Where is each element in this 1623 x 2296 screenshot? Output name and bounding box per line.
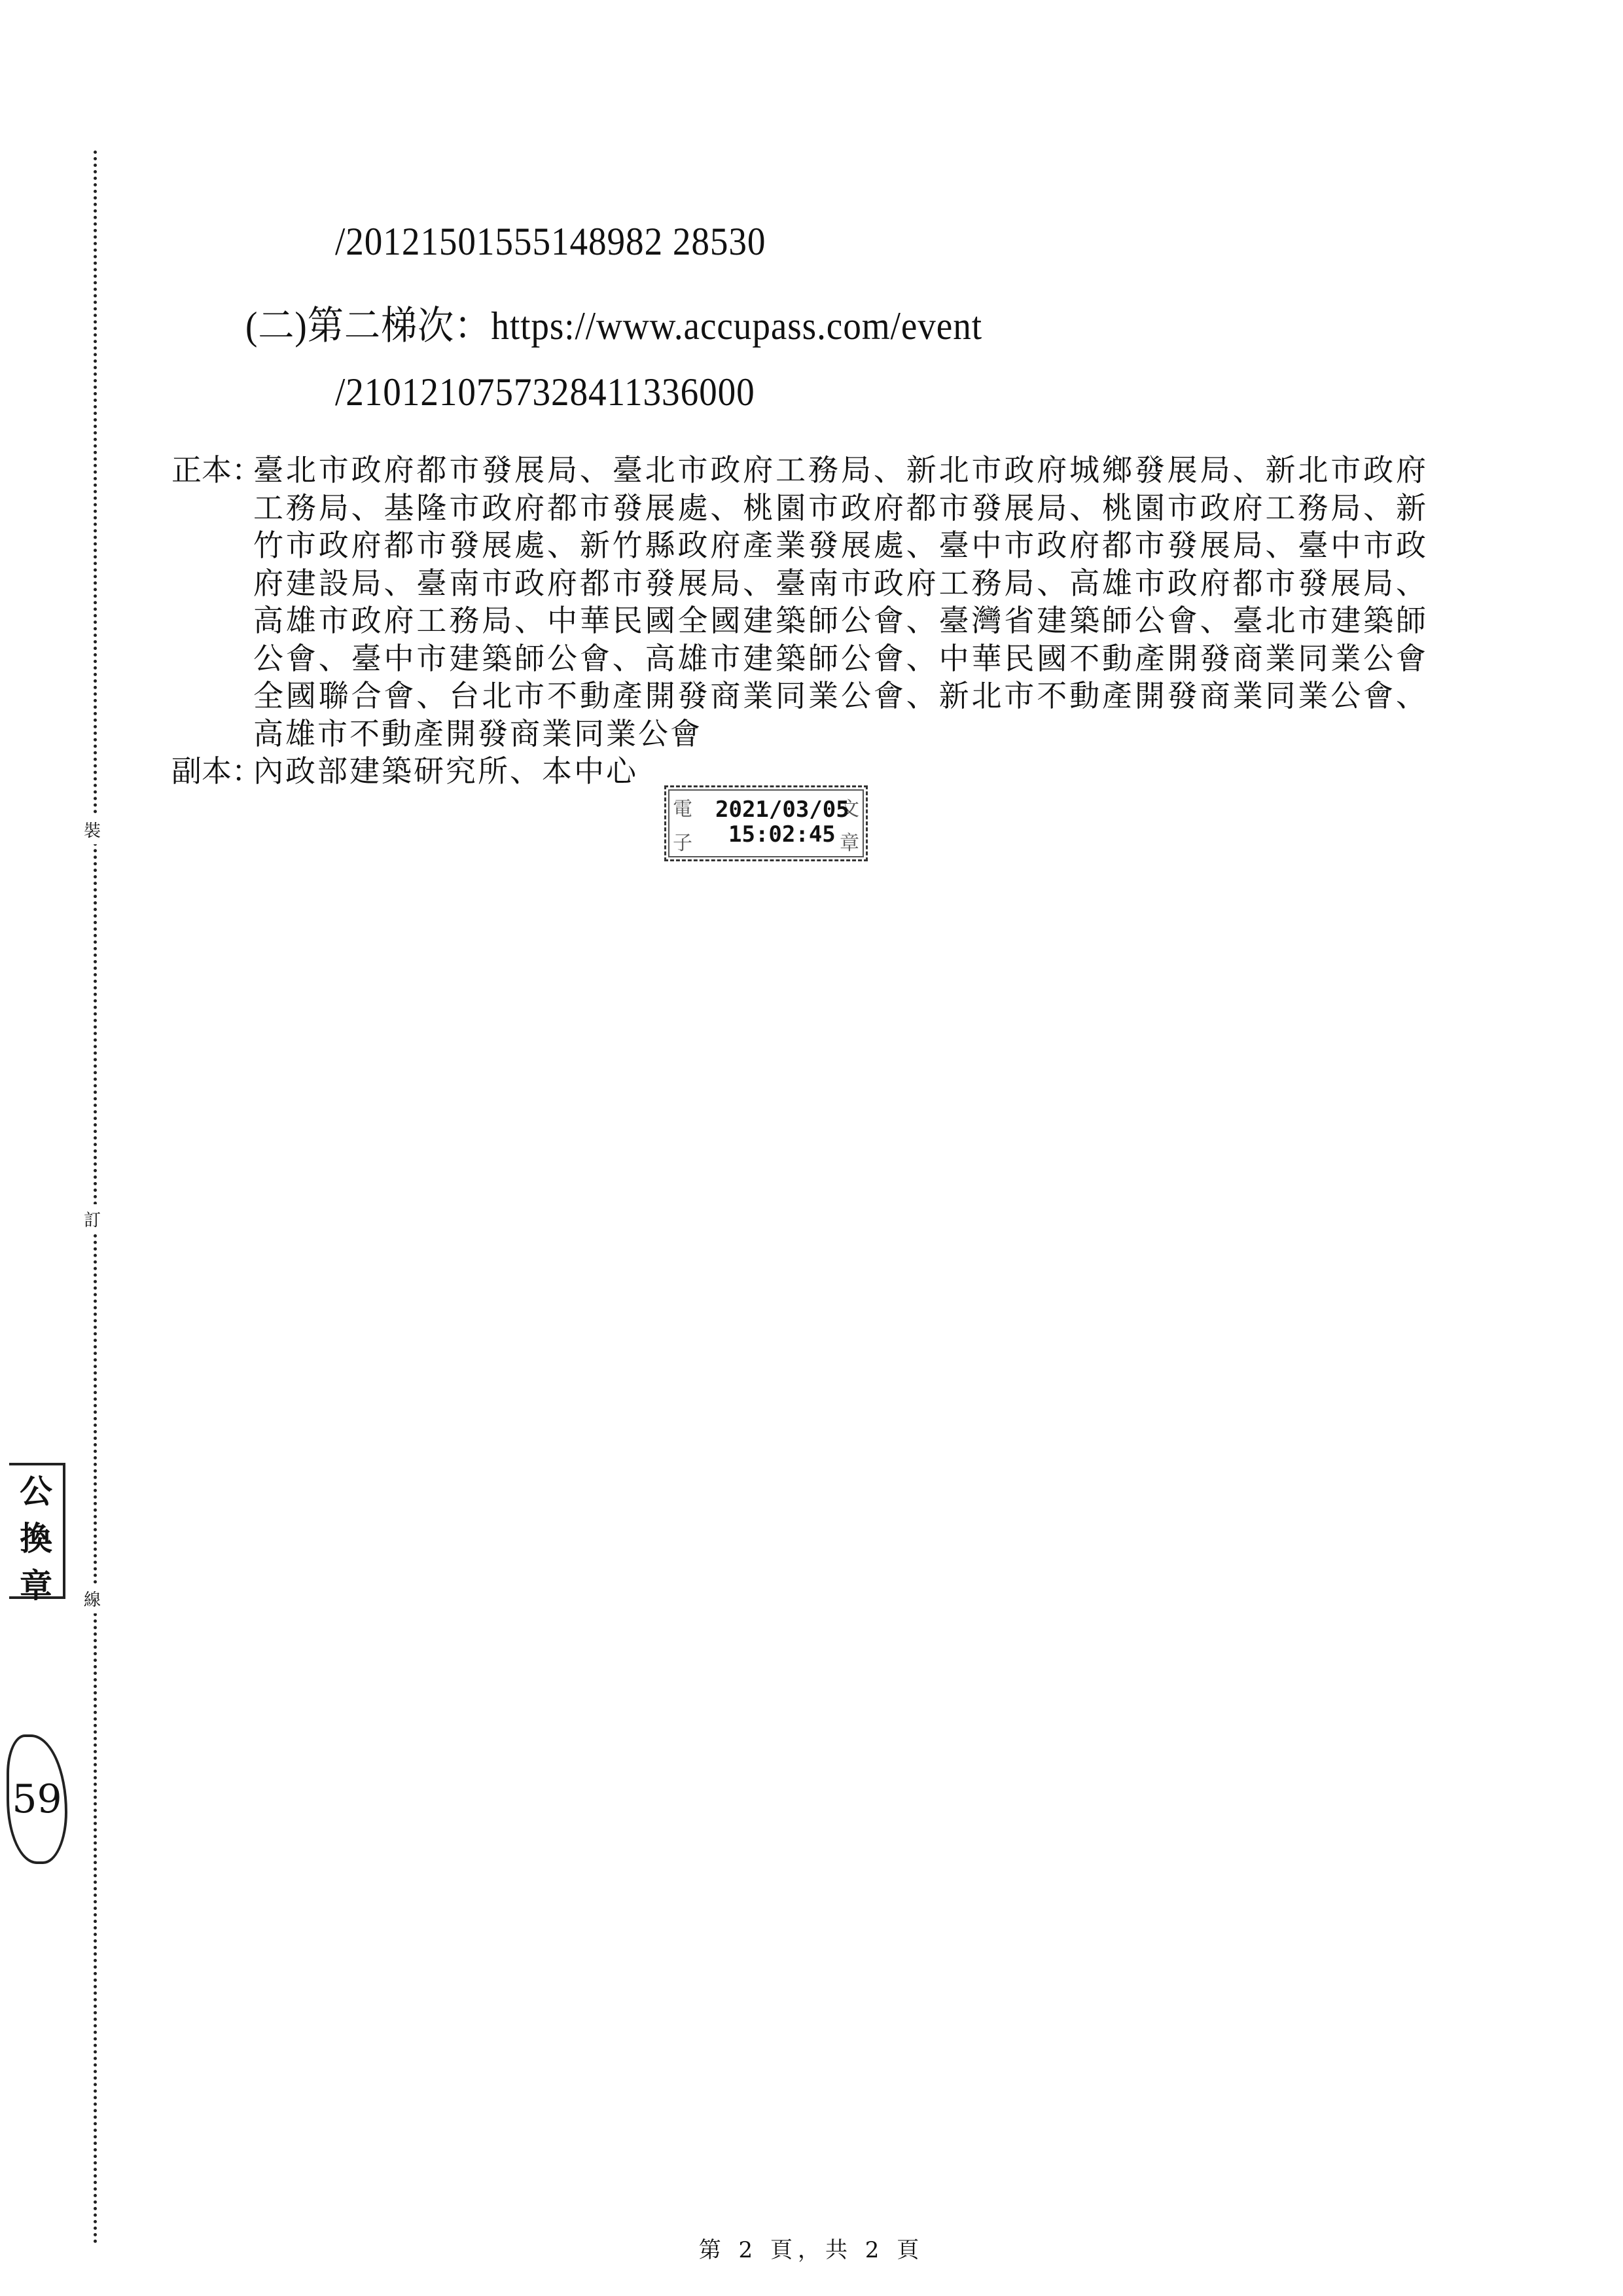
copy-label: 副本： <box>171 753 253 791</box>
url-item-2-link[interactable]: https://www.accupass.com/event <box>491 304 982 348</box>
copy-recipients: 副本： 內政部建築研究所、本中心 <box>171 753 1428 791</box>
primary-recipients: 正本： 臺北市政府都市發展局、臺北市政府工務局、新北市政府城鄉發展局、新北市政府… <box>171 452 1428 753</box>
seal-char: 章 <box>20 1560 52 1607</box>
binding-label-xian: 線 <box>84 1584 101 1613</box>
binding-dotted-line <box>94 151 97 2245</box>
seal-char: 公 <box>20 1465 52 1513</box>
seal-char: 換 <box>20 1513 52 1560</box>
margin-page-seal: 59 <box>7 1734 67 1864</box>
stamp-corner: 章 <box>840 827 859 855</box>
stamp-corner: 子 <box>673 827 692 855</box>
binding-label-ding: 訂 <box>84 1204 101 1234</box>
binding-label-zhuang: 裝 <box>84 815 101 844</box>
seal-number: 59 <box>12 1776 62 1822</box>
stamp-time: 15:02:45 <box>728 821 836 848</box>
url-continuation-1: /20121501555148982 28530 <box>335 219 766 264</box>
url-continuation-2: /2101210757328411336000 <box>335 370 755 415</box>
primary-label: 正本： <box>171 452 253 753</box>
stamp-date: 2021/03/05 <box>715 797 849 823</box>
copy-text: 內政部建築研究所、本中心 <box>253 753 1428 791</box>
stamp-corner: 電 <box>673 793 692 821</box>
distribution-list: 正本： 臺北市政府都市發展局、臺北市政府工務局、新北市政府城鄉發展局、新北市政府… <box>171 452 1428 791</box>
url-item-2: (二)第二梯次：https://www.accupass.com/event <box>245 295 982 351</box>
electronic-exchange-stamp: 電 子 文 章 2021/03/05 15:02:45 <box>664 785 868 861</box>
page-footer: 第 2 頁，共 2 頁 <box>0 2232 1623 2264</box>
primary-text: 臺北市政府都市發展局、臺北市政府工務局、新北市政府城鄉發展局、新北市政府工務局、… <box>253 452 1428 753</box>
url-item-2-prefix: (二)第二梯次： <box>245 304 491 348</box>
margin-exchange-seal: 公 換 章 <box>9 1463 65 1599</box>
